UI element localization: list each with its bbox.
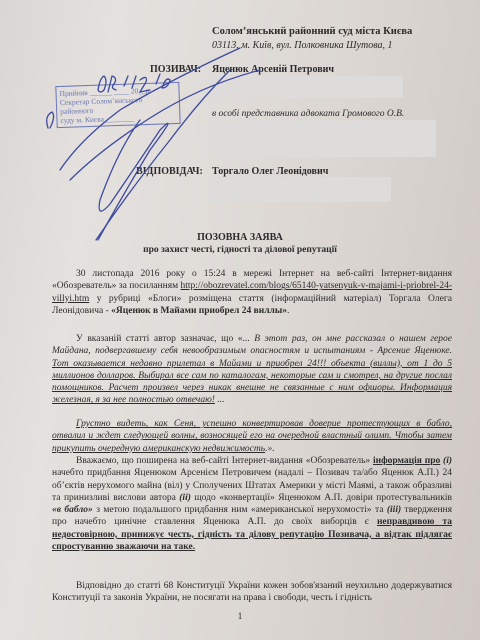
underlined-quote: Тот оказывается недавно прилетал в Майам… — [52, 359, 452, 406]
redacted-representative-address — [209, 120, 436, 157]
redacted-defendant-address — [208, 177, 391, 202]
underlined-quote: Грустно видеть, как Сеня, успешно конвер… — [52, 419, 452, 454]
paragraph-quote-2: Грустно видеть, как Сеня, успешно конвер… — [52, 418, 452, 455]
document-title: ПОЗОВНА ЗАЯВА — [0, 232, 480, 243]
document-subtitle: про захист честі, гідності та ділової ре… — [0, 245, 480, 255]
defendant-label: ВІДПОВІДАЧ: — [136, 166, 203, 177]
plaintiff-name: Яценюк Арсеній Петрович — [212, 64, 334, 75]
defendant-name: Торгало Олег Леонідович — [212, 166, 328, 177]
paragraph-claim: Вважаємо, що поширена на веб-сайті Інтер… — [52, 455, 452, 553]
court-name: Солом’янський районний суд міста Києва — [212, 26, 412, 37]
document-page: Солом’янський районний суд міста Києва 0… — [0, 0, 480, 640]
paragraph-publication: 30 листопада 2016 року о 15:24 в мережі … — [52, 268, 452, 317]
plaintiff-label: ПОЗИВАЧ: — [150, 64, 201, 75]
plaintiff-representative: в особі представника адвоката Громового … — [212, 109, 404, 119]
paragraph-quote-1: У вказаній статті автор зазначає, що «..… — [52, 333, 452, 407]
paragraph-constitution: Відповідно до статті 68 Конституції Укра… — [52, 580, 452, 605]
page-number: 1 — [0, 612, 480, 622]
article-title: «Яценюк в Майами приобрел 24 виллы» — [111, 306, 287, 316]
court-address: 03113, м. Київ, вул. Полковника Шутова, … — [212, 40, 393, 51]
court-receipt-stamp: Прийняв ______ ____ 20__р. Секретар Соло… — [55, 82, 180, 128]
redacted-plaintiff-address — [210, 76, 403, 98]
